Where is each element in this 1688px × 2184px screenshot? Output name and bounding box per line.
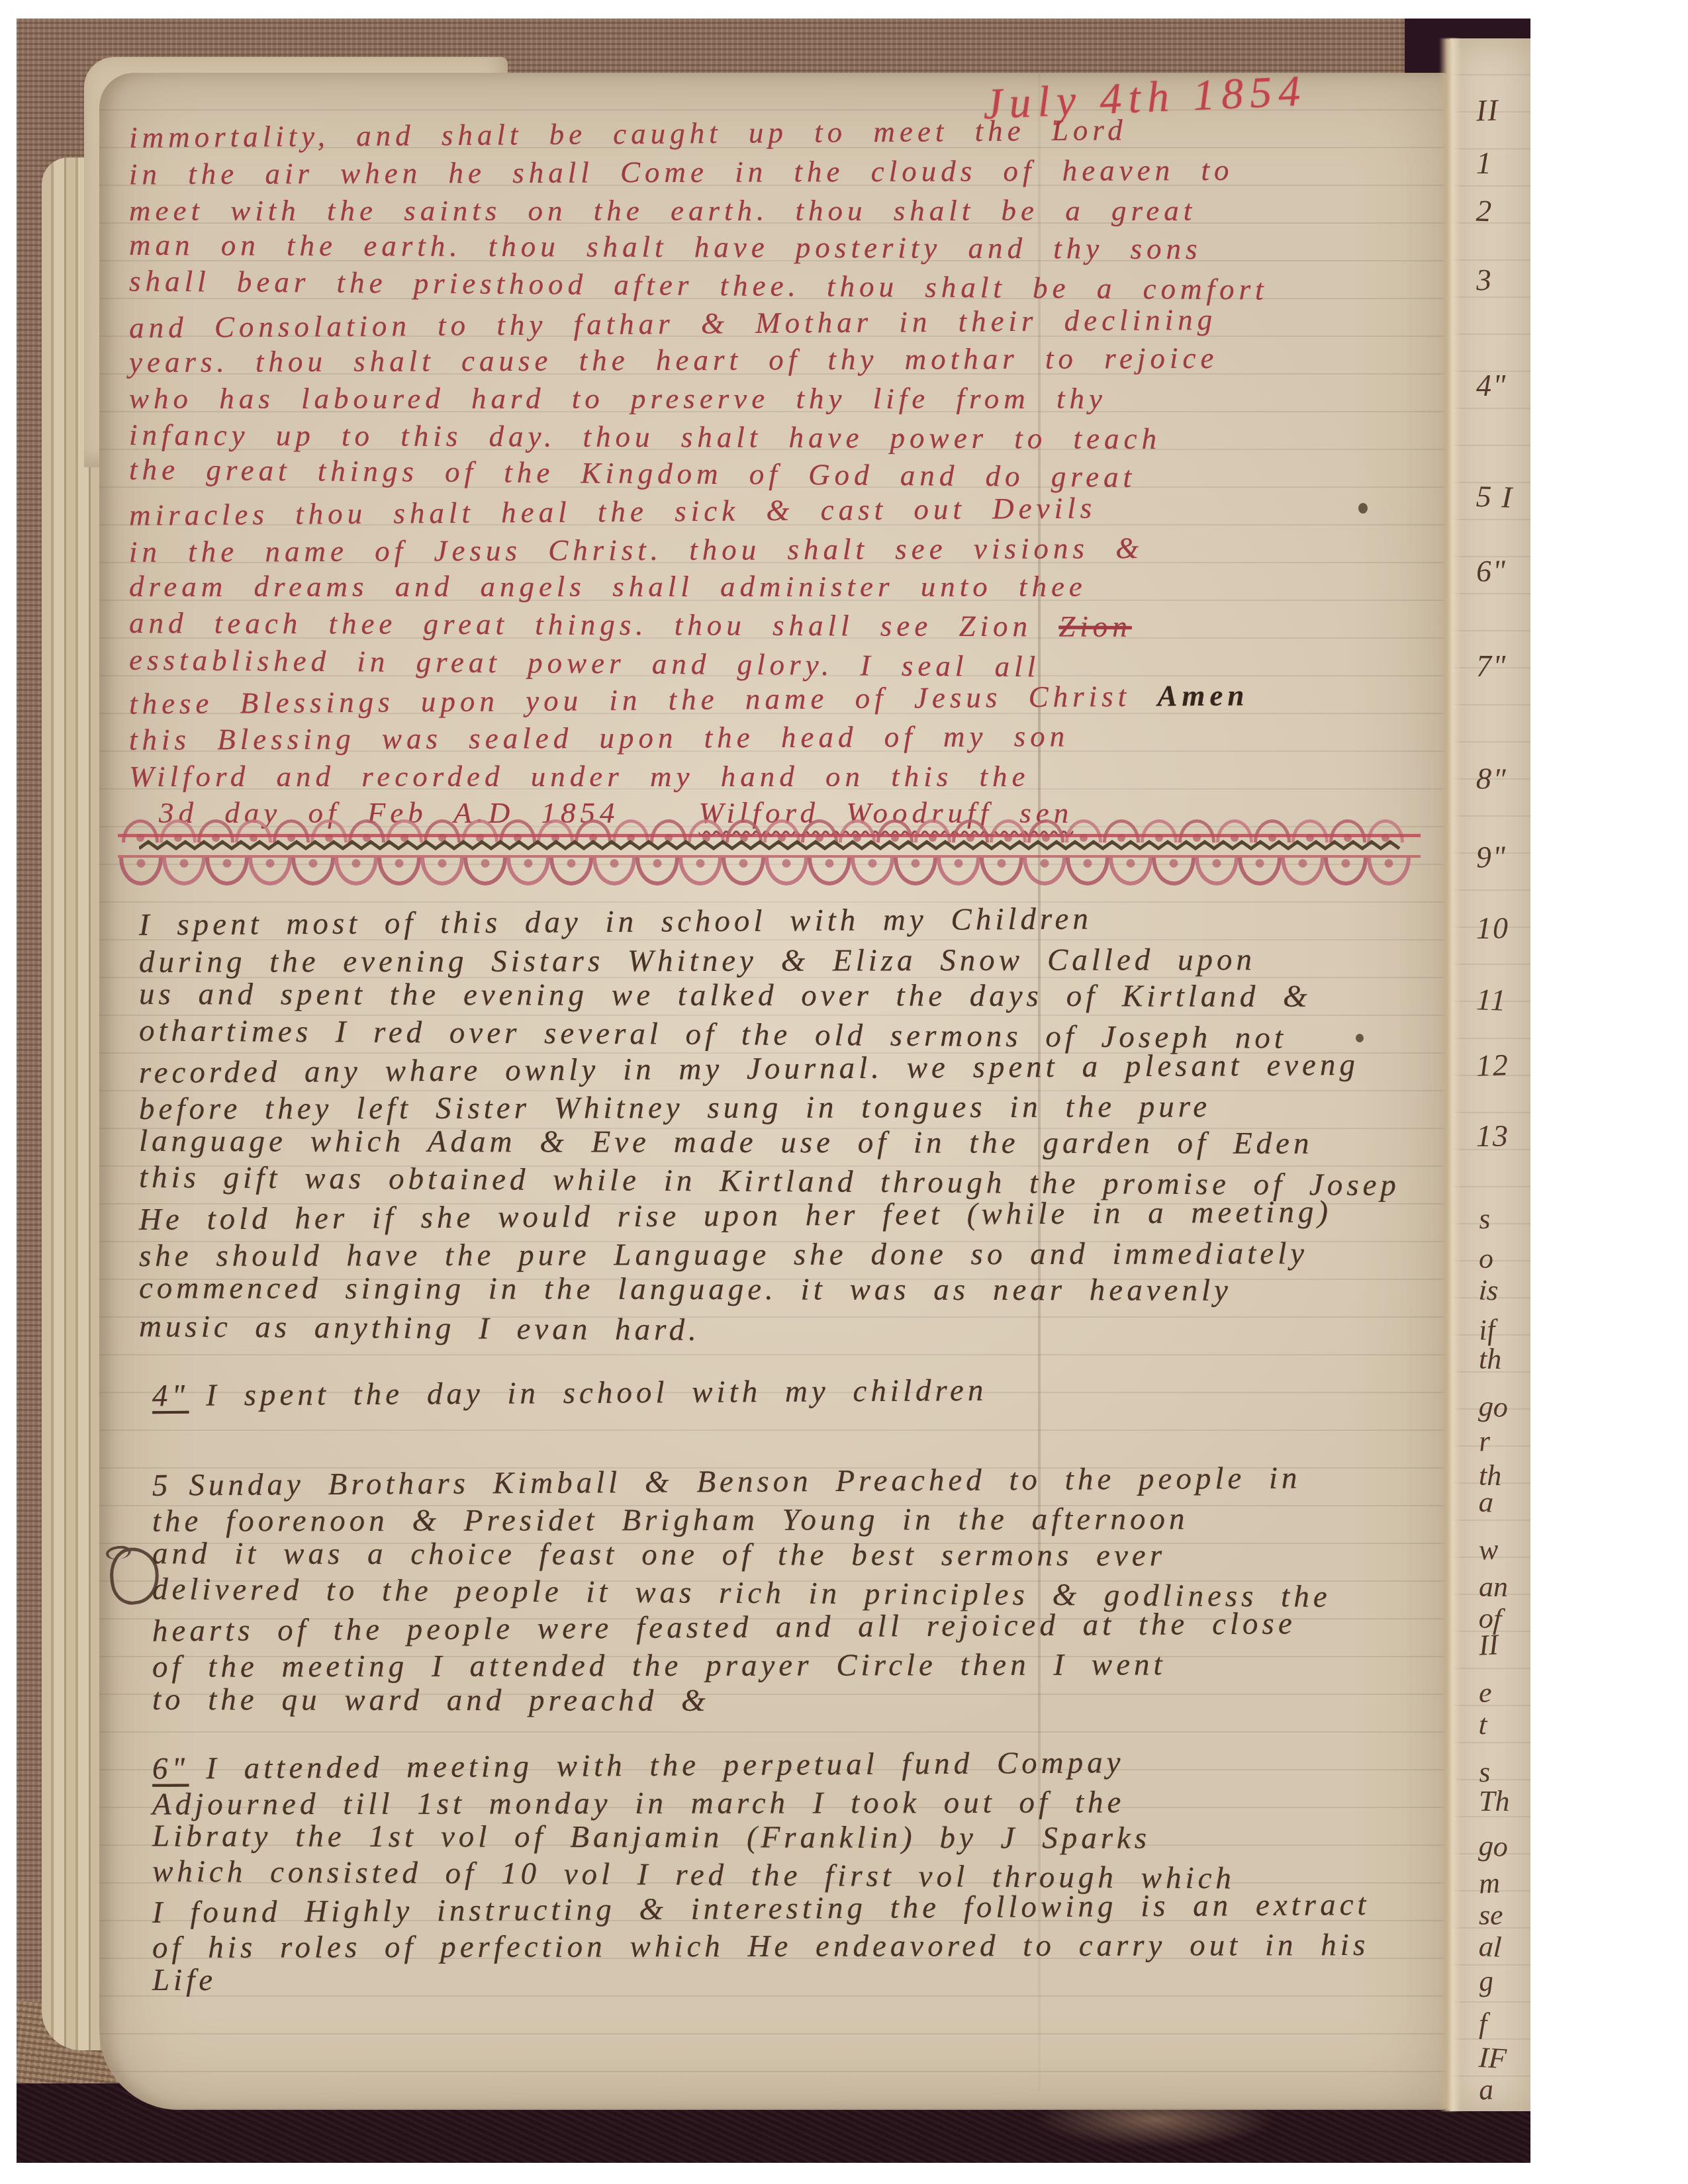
screenshot-canvas: July 4th 1854 immortality, and shalt be …: [0, 0, 1688, 2184]
divider-scallop-bottom: [1238, 858, 1282, 886]
blessing-line-text: who has laboured hard to preserve thy li…: [129, 382, 1107, 415]
divider-scallop-bottom: [937, 858, 980, 886]
facing-page-line-number: 12: [1476, 1047, 1510, 1083]
page-speck: [1358, 503, 1368, 514]
divider-scallop-bottom: [808, 858, 851, 886]
blessing-line-text: in the air when he shall Come in the clo…: [129, 154, 1234, 191]
entry-line: of his roles of perfection which He ende…: [152, 1927, 1369, 1966]
blessing-line-text: esstablished in great power and glory. I…: [129, 643, 1040, 684]
entry-line: language which Adam & Eve made use of in…: [139, 1123, 1313, 1161]
divider-scallop-bottom: [765, 858, 808, 886]
entry-line: and it was a choice feast one of the bes…: [152, 1535, 1166, 1573]
divider-scallop-bottom: [1195, 858, 1239, 886]
entry-line: Libraty the 1st vol of Banjamin (Frankli…: [152, 1818, 1150, 1856]
divider-scallop-bottom: [248, 858, 292, 886]
entry-line-text: music as anything I evan hard.: [139, 1309, 700, 1347]
entry-line-text: recorded any whare ownly in my Journal. …: [139, 1048, 1359, 1090]
blessing-line-text: miracles thou shalt heal the sick & cast…: [129, 491, 1096, 531]
entry-line: 4"I spent the day in school with my chil…: [152, 1373, 988, 1414]
blessing-line: dream dreams and angels shall administer…: [129, 569, 1087, 604]
divider-scallop-bottom: [1023, 858, 1066, 886]
page-speck: [1356, 1034, 1364, 1042]
blessing-line-text: dream dreams and angels shall administer…: [129, 570, 1087, 603]
facing-page-text-fragment: al: [1478, 1929, 1503, 1964]
divider-scallop-bottom: [377, 858, 421, 886]
entry-line-text: I spent most of this day in school with …: [139, 901, 1092, 942]
divider-scallop-bottom: [679, 858, 722, 886]
journal-scan-photo: July 4th 1854 immortality, and shalt be …: [17, 19, 1530, 2163]
divider-scallop-bottom: [334, 858, 378, 886]
entry-line-text: I attended meeting with the perpetual fu…: [206, 1745, 1125, 1786]
entry-line: to the qu ward and preachd &: [152, 1682, 710, 1719]
entry-line-text: during the evening Sistars Whitney & Eli…: [139, 942, 1256, 979]
facing-page-text-fragment: Th: [1479, 1784, 1509, 1818]
blessing-line-text: immortality, and shalt be caught up to m…: [129, 113, 1127, 154]
divider-scallop-bottom: [1281, 858, 1325, 886]
blessing-line: this Blessing was sealed upon the head o…: [129, 719, 1069, 756]
blessing-line-text: shall bear the priesthood after thee. th…: [129, 264, 1268, 306]
entry-line-text: of his roles of perfection which He ende…: [152, 1928, 1369, 1965]
blessing-line: man on the earth. thou shalt have poster…: [129, 228, 1202, 266]
facing-page-line-number: 10: [1476, 911, 1509, 946]
divider-scallop-bottom: [506, 858, 550, 886]
blessing-line-text: Wilford and recorded under my hand on th…: [129, 760, 1029, 793]
divider-scallop-bottom: [851, 858, 894, 886]
entry-day-number: 5: [152, 1468, 172, 1502]
blessing-line: shall bear the priesthood after thee. th…: [129, 263, 1268, 306]
facing-page-text-fragment: se: [1479, 1898, 1503, 1932]
facing-page-line-number: 11: [1476, 981, 1507, 1018]
entry-line: He told her if she would rise upon her f…: [139, 1194, 1332, 1238]
facing-page-line-number: 2: [1476, 193, 1493, 229]
blessing-line: miracles thou shalt heal the sick & cast…: [129, 490, 1096, 532]
facing-page-edge: II1234"5 I6"7"8"9"10111213soisifthgortha…: [1450, 38, 1530, 2111]
blessing-line: and teach thee great things. thou shall …: [129, 606, 1132, 644]
facing-page-text-fragment: s: [1478, 1202, 1491, 1236]
divider-scallop-bottom: [420, 858, 464, 886]
blessing-line: the great things of the Kingdom of God a…: [129, 452, 1136, 494]
entry-line-text: to the qu ward and preachd &: [152, 1682, 710, 1718]
blessing-line: immortality, and shalt be caught up to m…: [129, 113, 1127, 155]
facing-page-text-fragment: g: [1478, 1964, 1495, 1998]
entry-line-text: before they left Sister Whitney sung in …: [139, 1089, 1211, 1126]
entry-line: 5Sunday Brothars Kimball & Benson Preach…: [152, 1460, 1301, 1503]
facing-page-text-fragment: t: [1478, 1707, 1488, 1742]
divider-scallop-bottom: [549, 858, 593, 886]
facing-page-text-fragment: go: [1478, 1389, 1509, 1424]
facing-page-text-fragment: go: [1478, 1829, 1509, 1864]
entry-line: the foorenoon & Presidet Brigham Young i…: [152, 1501, 1189, 1539]
facing-page-line-number: 9": [1476, 839, 1507, 875]
entry-line-text: us and spent the evening we talked over …: [139, 977, 1311, 1014]
divider-scallop-bottom: [722, 858, 765, 886]
facing-page-text-fragment: m: [1478, 1866, 1501, 1901]
divider-scallop-bottom: [1324, 858, 1368, 886]
facing-page-line-number: 5 I: [1476, 478, 1514, 515]
divider-scallop-bottom: [463, 858, 507, 886]
blessing-line-text: infancy up to this day. thou shalt have …: [129, 418, 1161, 455]
entry-line-text: the foorenoon & Presidet Brigham Young i…: [152, 1502, 1189, 1538]
divider-scallop-bottom: [980, 858, 1023, 886]
divider-scallop-bottom: [592, 858, 636, 886]
facing-page-text-fragment: IF: [1478, 2040, 1507, 2075]
entry-line-text: Life: [152, 1963, 216, 1997]
blessing-line-text: and teach thee great things. thou shall …: [129, 606, 1058, 643]
entry-day-number: 4": [152, 1379, 189, 1413]
facing-page-line-number: 1: [1476, 146, 1493, 181]
entry-line: commenced singing in the language. it wa…: [139, 1270, 1232, 1308]
blessing-line: who has laboured hard to preserve thy li…: [129, 381, 1107, 416]
entry-line: during the evening Sistars Whitney & Eli…: [139, 942, 1256, 980]
facing-page-text-fragment: f: [1479, 2007, 1487, 2040]
facing-page-line-number: 13: [1476, 1118, 1509, 1154]
entry-line: she should have the pure Language she do…: [139, 1236, 1308, 1274]
divider-scallop-bottom: [162, 858, 206, 886]
blessing-line: and Consolation to thy fathar & Mothar i…: [129, 302, 1217, 345]
facing-page-line-number: II: [1476, 92, 1499, 128]
entry-line-text: and it was a choice feast one of the bes…: [152, 1536, 1166, 1572]
blessing-line: infancy up to this day. thou shalt have …: [129, 418, 1161, 456]
blessing-line: in the air when he shall Come in the clo…: [129, 153, 1234, 191]
blessing-line-text: and Consolation to thy fathar & Mothar i…: [129, 303, 1217, 345]
facing-page-text-fragment: e: [1479, 1676, 1492, 1709]
entry-line: 6"I attended meeting with the perpetual …: [152, 1745, 1125, 1787]
divider-scallop-bottom: [205, 858, 249, 886]
entry-line-text: language which Adam & Eve made use of in…: [139, 1124, 1313, 1161]
entry-line-text: I found Highly instructing & interesting…: [152, 1888, 1370, 1930]
blessing-line-text: this Blessing was sealed upon the head o…: [129, 719, 1069, 756]
blessing-line: esstablished in great power and glory. I…: [129, 643, 1040, 684]
entry-line: Adjourned till 1st monday in march I too…: [152, 1784, 1125, 1822]
blessing-line: years. thou shalt cause the heart of thy…: [129, 341, 1219, 379]
facing-page-line-number: 4": [1476, 368, 1507, 403]
entry-line-text: commenced singing in the language. it wa…: [139, 1271, 1232, 1308]
divider-scallop-bottom: [1152, 858, 1196, 886]
facing-page-line-number: 6": [1476, 553, 1507, 589]
facing-page-text-fragment: II: [1478, 1627, 1499, 1662]
facing-page-line-number: 3: [1476, 262, 1493, 298]
facing-page-text-fragment: a: [1478, 2072, 1495, 2107]
entry-line-text: she should have the pure Language she do…: [139, 1236, 1308, 1273]
entry-line-text: He told her if she would rise upon her f…: [139, 1195, 1332, 1237]
divider-scallop-bottom: [119, 858, 163, 886]
divider-scallop-bottom: [635, 858, 679, 886]
divider-scallop-bottom: [1367, 858, 1411, 886]
entry-line: I found Highly instructing & interesting…: [152, 1887, 1370, 1931]
entry-line: recorded any whare ownly in my Journal. …: [139, 1047, 1359, 1091]
blessing-line: in the name of Jesus Christ. thou shalt …: [129, 531, 1143, 569]
journal-page: July 4th 1854 immortality, and shalt be …: [99, 73, 1450, 2110]
blessing-line: meet with the saints on the earth. thou …: [129, 193, 1196, 228]
facing-page-text-fragment: r: [1478, 1424, 1491, 1459]
blessing-line-text: the great things of the Kingdom of God a…: [129, 453, 1136, 494]
entry-line-text: Adjourned till 1st monday in march I too…: [152, 1785, 1125, 1821]
entry-line: Life: [152, 1962, 216, 1998]
torn-page-edge: [1439, 38, 1462, 2111]
entry-line: music as anything I evan hard.: [139, 1308, 700, 1348]
facing-page-text-fragment: o: [1479, 1242, 1493, 1275]
blessing-line-text: years. thou shalt cause the heart of thy…: [129, 341, 1219, 379]
facing-page-text-fragment: w: [1478, 1532, 1499, 1567]
entry-line: of the meeting I attended the prayer Cir…: [152, 1647, 1166, 1684]
facing-page-text-fragment: th: [1479, 1342, 1501, 1376]
struck-word: Zion: [1058, 610, 1132, 643]
blessing-line-text: meet with the saints on the earth. thou …: [129, 194, 1196, 227]
entry-line-text: hearts of the people were feasted and al…: [152, 1606, 1296, 1648]
blessing-line: these Blessings upon you in the name of …: [129, 678, 1249, 721]
facing-page-text-fragment: an: [1479, 1570, 1508, 1604]
blessing-line-text: man on the earth. thou shalt have poster…: [129, 228, 1202, 265]
facing-page-text-fragment: is: [1478, 1273, 1499, 1307]
divider-red-rule: [118, 855, 1421, 858]
divider-scallop-bottom: [894, 858, 937, 886]
entry-line: before they left Sister Whitney sung in …: [139, 1089, 1211, 1127]
facing-page-line-number: 7": [1476, 649, 1507, 684]
divider-scallop-bottom: [291, 858, 335, 886]
entry-line: hearts of the people were feasted and al…: [152, 1606, 1296, 1649]
entry-line: I spent most of this day in school with …: [139, 901, 1092, 942]
blessing-line: Wilford and recorded under my hand on th…: [129, 759, 1029, 794]
divider-scallop-bottom: [1109, 858, 1152, 886]
amen-dark-ink: Amen: [1157, 679, 1248, 713]
entry-line-text: Libraty the 1st vol of Banjamin (Frankli…: [152, 1819, 1150, 1855]
facing-page-text-fragment: a: [1478, 1484, 1495, 1519]
blessing-line-text: these Blessings upon you in the name of …: [129, 680, 1158, 721]
entry-day-number: 6": [152, 1751, 189, 1786]
entry-line-text: of the meeting I attended the prayer Cir…: [152, 1647, 1166, 1684]
facing-page-line-number: 8": [1476, 760, 1507, 797]
entry-line: us and spent the evening we talked over …: [139, 976, 1311, 1015]
divider-scallop-bottom: [1066, 858, 1109, 886]
entry-line-text: Sunday Brothars Kimball & Benson Preache…: [189, 1461, 1301, 1502]
blessing-line-text: in the name of Jesus Christ. thou shalt …: [129, 531, 1143, 569]
divider-zigzag: [139, 837, 1410, 854]
entry-line-text: I spent the day in school with my childr…: [206, 1373, 987, 1413]
